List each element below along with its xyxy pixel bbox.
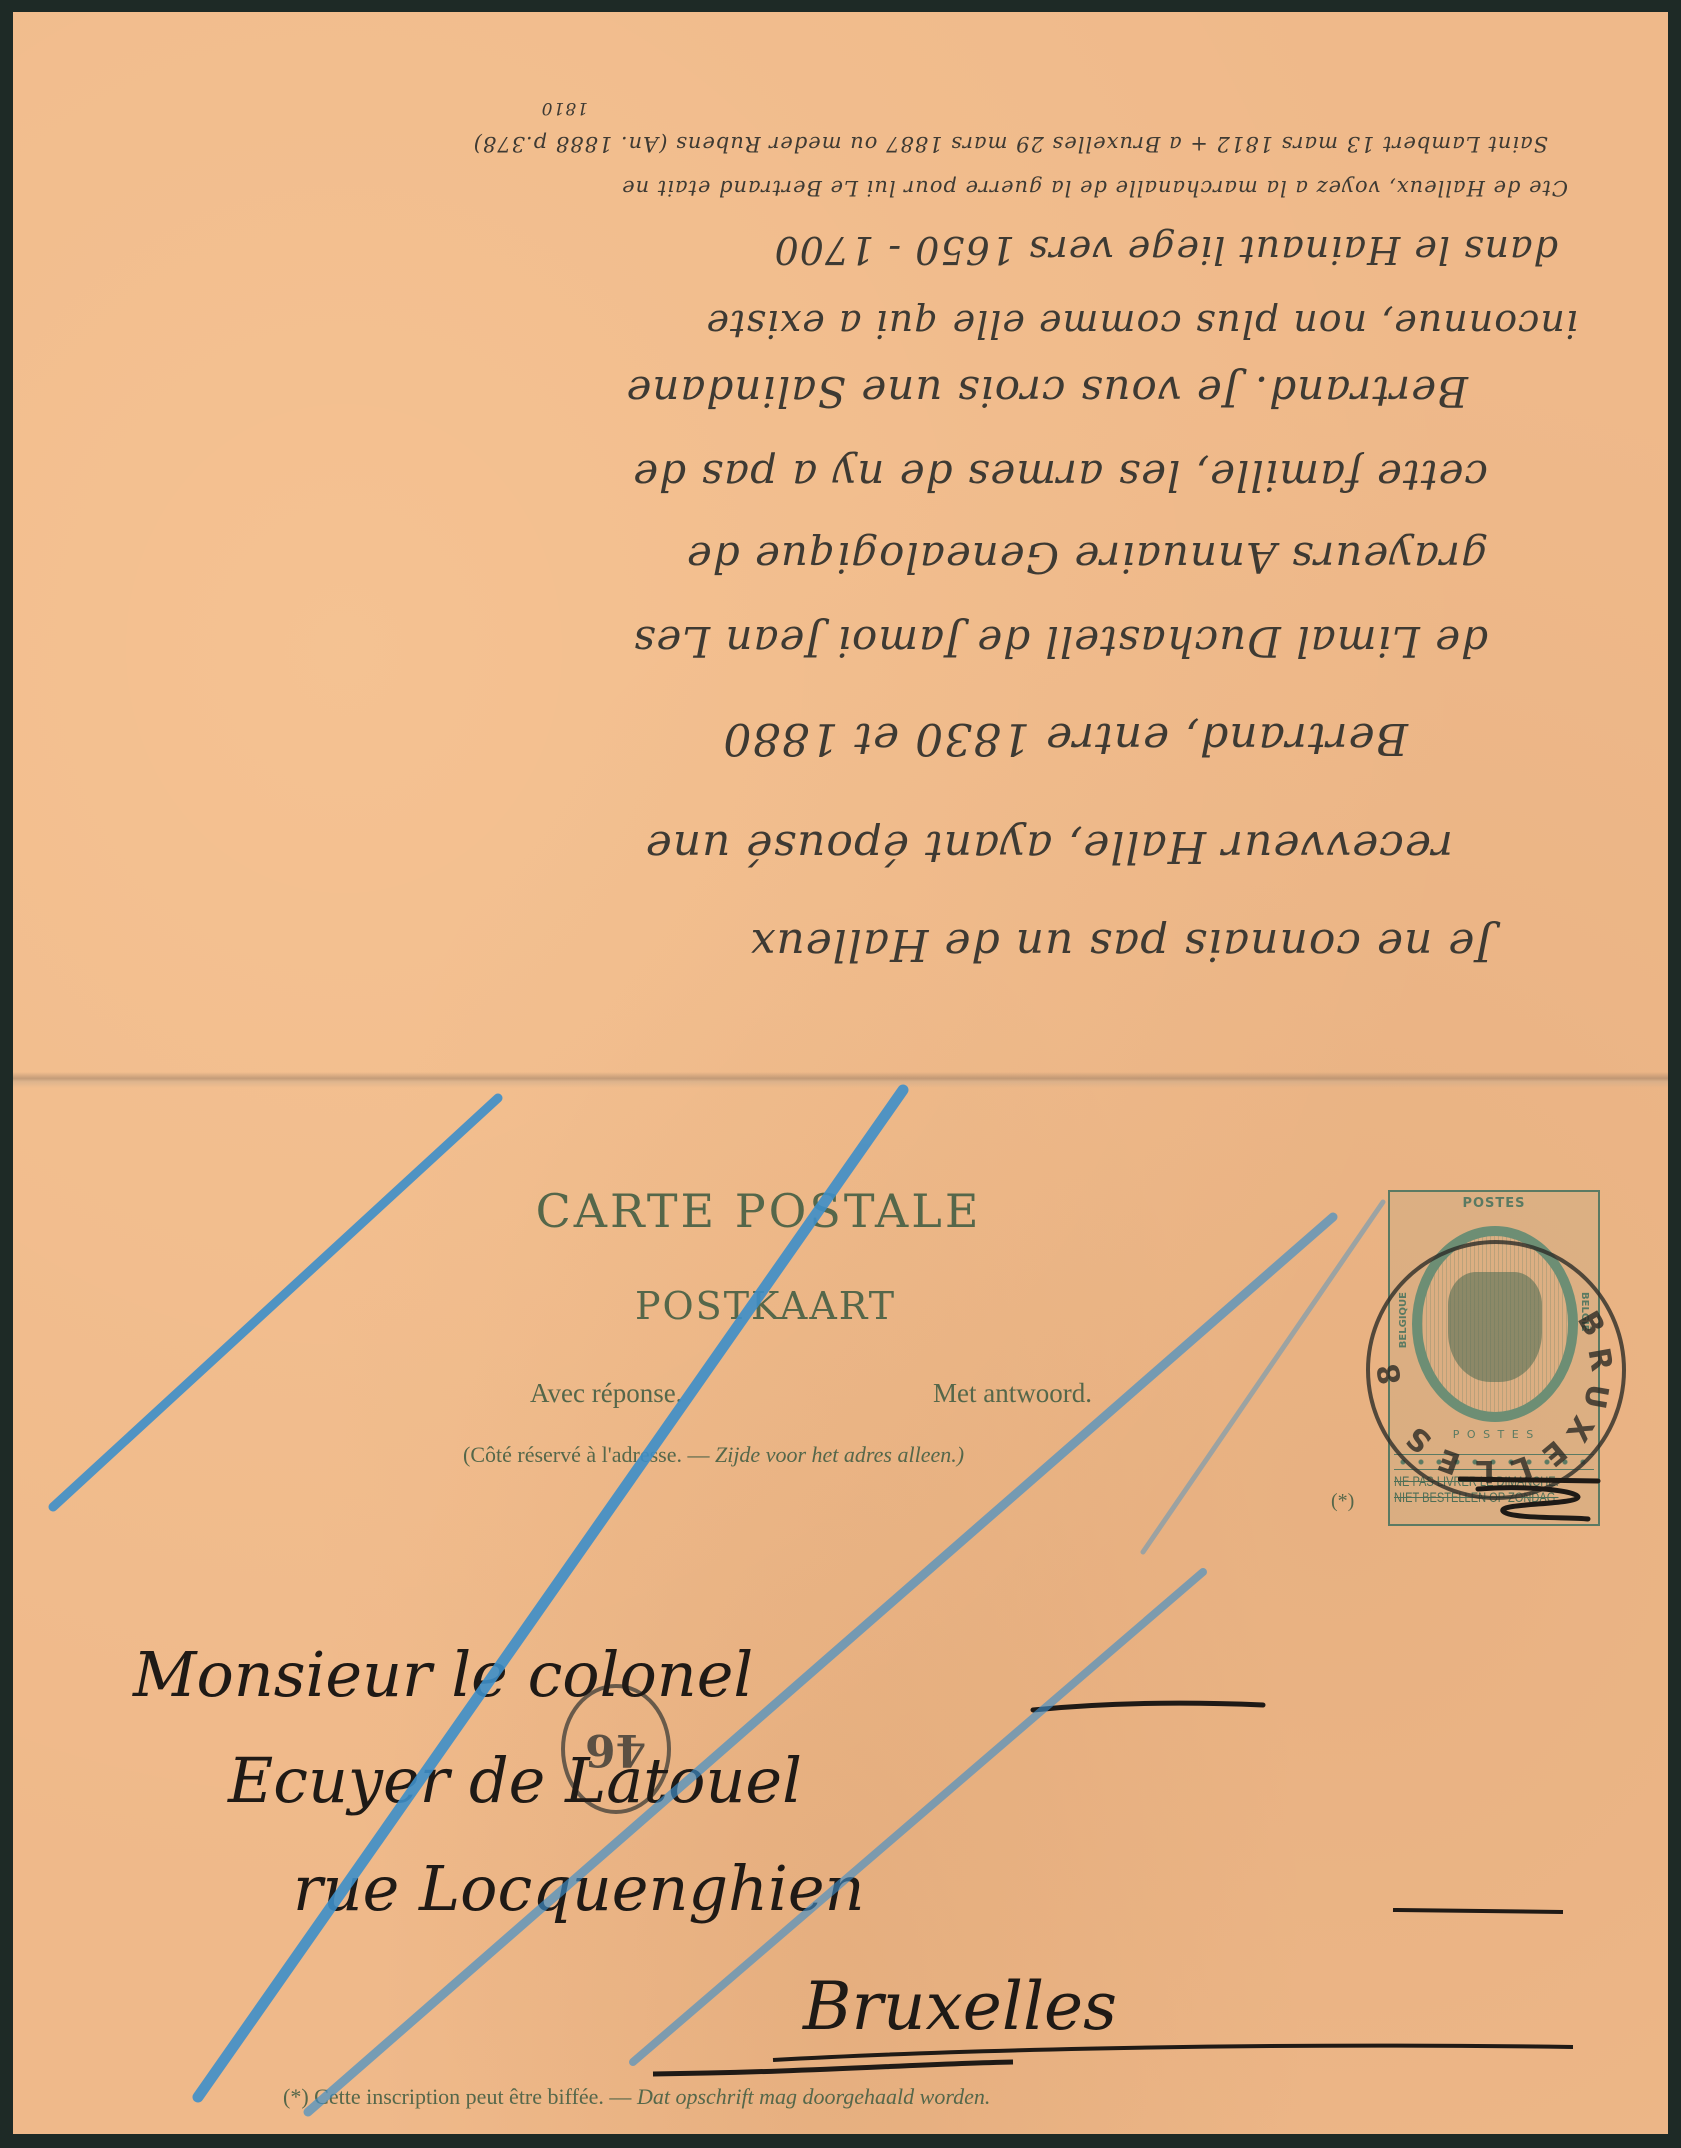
reply-label-fr: Avec réponse. xyxy=(530,1378,682,1409)
reply-label-nl: Met antwoord. xyxy=(933,1378,1092,1409)
letter-line: Cte de Halleux, voyez a la marchanalle d… xyxy=(621,176,1568,200)
letter-line: Bertrand, entre 1830 et 1880 xyxy=(722,713,1408,764)
postmark-letter: U xyxy=(1576,1381,1615,1411)
footnote-fr: (*) Cette inscription peut être biffée. … xyxy=(283,2084,631,2109)
postmark-letter: B xyxy=(1570,1305,1612,1342)
address-note-fr: (Côté réservé à l'adresse. — xyxy=(463,1442,709,1467)
handwritten-letter: Je ne connais pas un de Halleux recevveu… xyxy=(13,12,1668,1062)
footnote-nl: Dat opschrift mag doorgehaald worden. xyxy=(637,2084,990,2109)
address-note-nl: Zijde voor het adres alleen.) xyxy=(715,1442,964,1467)
letter-line: Je ne connais pas un de Halleux xyxy=(750,919,1493,970)
letter-line: dans le Hainaut liege vers 1650 - 1700 xyxy=(774,228,1558,272)
postmark-letter: X xyxy=(1558,1410,1600,1448)
footnote: (*) Cette inscription peut être biffée. … xyxy=(283,2084,990,2110)
postcard: Je ne connais pas un de Halleux recevveu… xyxy=(13,12,1668,2134)
address-side-note: (Côté réservé à l'adresse. — Zijde voor … xyxy=(463,1442,964,1468)
letter-line: Bertrand. Je vous crois une Salindane xyxy=(625,367,1468,416)
postmark-letter: 8 xyxy=(1371,1361,1409,1388)
postmark-letter: S xyxy=(1400,1419,1439,1460)
letter-line: recevveur Halle, ayant épousé une xyxy=(645,821,1453,872)
card-title: CARTE POSTALE xyxy=(0,1184,1581,1238)
postmark: BRUXELLES 8 xyxy=(1366,1240,1626,1500)
stamp-top-text: POSTES xyxy=(1390,1196,1598,1211)
letter-line: de Limal Duchastell de Jamoi Jean Les xyxy=(633,617,1488,666)
strikeout-mark xyxy=(1458,1467,1603,1527)
letter-line: 1810 xyxy=(541,98,588,118)
asterisk-marker: (*) xyxy=(1331,1490,1354,1513)
address-line: rue Locquenghien xyxy=(293,1852,865,1925)
letter-line: inconnue, non plus comme elle qui a exis… xyxy=(705,302,1578,346)
fold-line xyxy=(13,1072,1668,1088)
address-line: Bruxelles xyxy=(803,1968,1117,2045)
postmark-letter: R xyxy=(1580,1345,1618,1374)
letter-line: cette famille, les armes de ny a pas de xyxy=(632,451,1488,500)
address-line: Monsieur le colonel xyxy=(133,1638,753,1711)
letter-line: grayeurs Annuaire Genealogique de xyxy=(686,533,1488,582)
address-line: Ecuyer de Latouel xyxy=(228,1744,802,1817)
letter-line: Saint Lambert 13 mars 1812 + a Bruxelles… xyxy=(473,132,1548,156)
